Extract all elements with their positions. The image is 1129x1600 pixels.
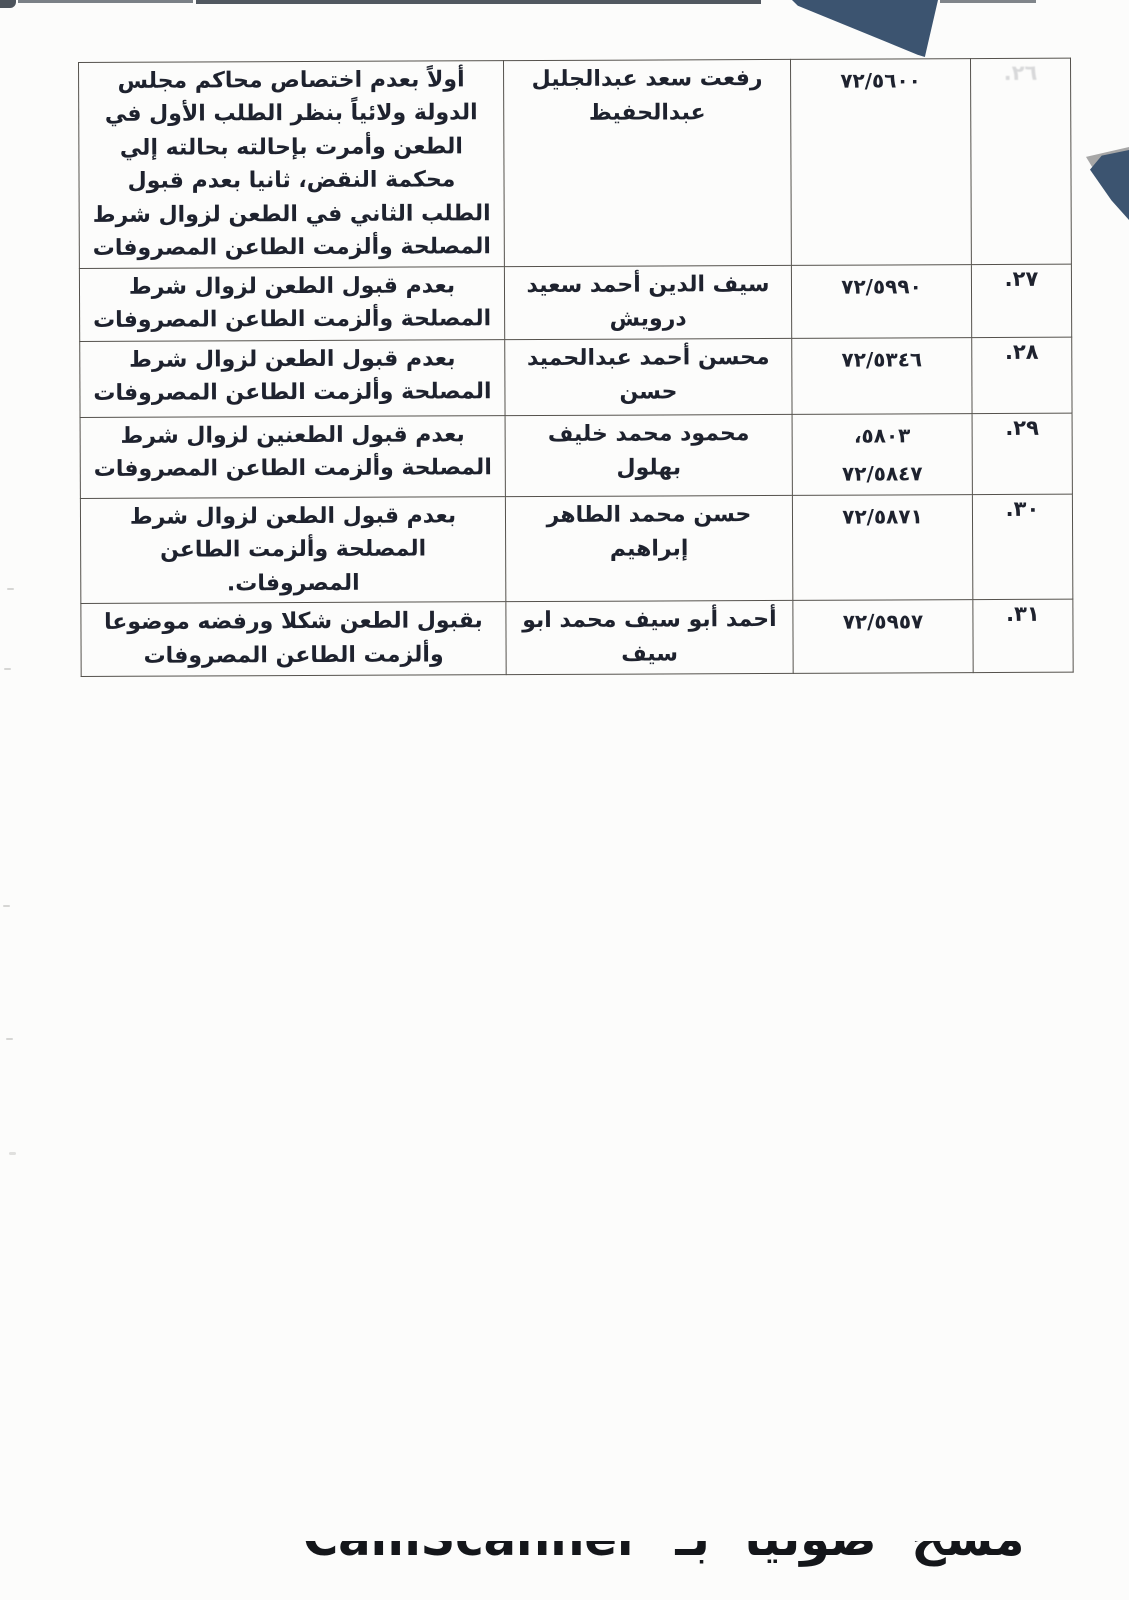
ruling-cell: بعدم قبول الطعنين لزوال شرط المصلحة وألز… bbox=[80, 415, 505, 498]
case-number: ٧٢/٥٩٥٧ bbox=[843, 609, 924, 633]
row-number: ٢٦. bbox=[1004, 61, 1038, 85]
scan-speck bbox=[3, 905, 10, 907]
table-row: ٢٩. ٥٨٠٣، ٧٢/٥٨٤٧ محمود محمد خليف بهلول … bbox=[80, 413, 1072, 498]
case-number-cell: ٧٢/٥٩٩٠ bbox=[791, 264, 971, 338]
case-number-cell: ٧٢/٥٦٠٠ bbox=[790, 59, 971, 265]
row-number: ٢٧. bbox=[1005, 266, 1039, 290]
appellant-name: محسن أحمد عبدالحميد حسن bbox=[527, 345, 770, 405]
ruling-text: بعدم قبول الطعن لزوال شرط المصلحة وألزمت… bbox=[130, 503, 456, 596]
rulings-table: ٢٦. ٧٢/٥٦٠٠ رفعت سعد عبدالجليل عبدالحفيظ… bbox=[78, 58, 1074, 678]
appellant-name: سيف الدين أحمد سعيد درويش bbox=[526, 272, 769, 332]
row-number-cell: ٣٠. bbox=[972, 494, 1072, 600]
appellant-name-cell: رفعت سعد عبدالجليل عبدالحفيظ bbox=[503, 59, 791, 266]
ruling-text: أولاً بعدم اختصاص محاكم مجلس الدولة ولائ… bbox=[93, 67, 491, 261]
scan-edge-artifact bbox=[18, 0, 193, 3]
case-number-cell: ٥٨٠٣، ٧٢/٥٨٤٧ bbox=[792, 413, 972, 495]
ruling-cell: بعدم قبول الطعن لزوال شرط المصلحة وألزمت… bbox=[80, 339, 505, 417]
ruling-text: بعدم قبول الطعنين لزوال شرط المصلحة وألز… bbox=[94, 422, 492, 482]
appellant-name: حسن محمد الطاهر إبراهيم bbox=[547, 502, 752, 562]
row-number-cell: ٣١. bbox=[973, 599, 1073, 673]
scan-edge-artifact bbox=[196, 0, 761, 4]
ruling-cell: أولاً بعدم اختصاص محاكم مجلس الدولة ولائ… bbox=[79, 61, 505, 268]
scan-speck bbox=[4, 668, 11, 670]
camscanner-watermark-text: مسح ضوئيا بـ CamScanner bbox=[303, 1541, 1108, 1563]
row-number: ٣٠. bbox=[1006, 497, 1040, 521]
scanned-page: { "table": { "rows": [ { "no": "٢٦.", "c… bbox=[0, 0, 1129, 1600]
ruling-text: بعدم قبول الطعن لزوال شرط المصلحة وألزمت… bbox=[93, 273, 491, 333]
case-number: ٥٨٠٣، ٧٢/٥٨٤٧ bbox=[842, 423, 923, 485]
table-row: ٢٨. ٧٢/٥٣٤٦ محسن أحمد عبدالحميد حسن بعدم… bbox=[80, 337, 1072, 417]
case-number-cell: ٧٢/٥٨٧١ bbox=[792, 494, 972, 600]
row-number: ٢٨. bbox=[1005, 340, 1039, 364]
case-number: ٧٢/٥٦٠٠ bbox=[840, 68, 921, 92]
ruling-text: بقبول الطعن شكلا ورفضه موضوعا وألزمت الط… bbox=[104, 608, 483, 668]
row-number-cell: ٢٨. bbox=[972, 337, 1072, 413]
appellant-name: محمود محمد خليف بهلول bbox=[548, 421, 750, 481]
row-number-cell: ٢٦. bbox=[970, 58, 1071, 264]
appellant-name-cell: محسن أحمد عبدالحميد حسن bbox=[505, 338, 792, 415]
case-number: ٧٢/٥٩٩٠ bbox=[841, 274, 922, 298]
ruling-text: بعدم قبول الطعن لزوال شرط المصلحة وألزمت… bbox=[93, 346, 491, 406]
scan-edge-artifact bbox=[0, 0, 16, 8]
scan-edge-artifact bbox=[940, 0, 1036, 3]
table-row: ٢٧. ٧٢/٥٩٩٠ سيف الدين أحمد سعيد درويش بع… bbox=[79, 264, 1071, 342]
ruling-cell: بقبول الطعن شكلا ورفضه موضوعا وألزمت الط… bbox=[81, 602, 506, 677]
row-number: ٢٩. bbox=[1005, 416, 1039, 440]
case-number: ٧٢/٥٣٤٦ bbox=[841, 347, 922, 371]
case-number-cell: ٧٢/٥٣٤٦ bbox=[792, 337, 972, 414]
scan-speck bbox=[9, 1152, 16, 1155]
row-number: ٣١. bbox=[1006, 602, 1040, 626]
appellant-name-cell: حسن محمد الطاهر إبراهيم bbox=[505, 495, 792, 602]
appellant-name-cell: محمود محمد خليف بهلول bbox=[505, 414, 792, 496]
appellant-name-cell: أحمد أبو سيف محمد ابو سيف bbox=[506, 601, 793, 675]
table-row: ٣١. ٧٢/٥٩٥٧ أحمد أبو سيف محمد ابو سيف بق… bbox=[81, 599, 1073, 677]
camscanner-watermark: مسح ضوئيا بـ CamScanner bbox=[303, 1541, 1108, 1568]
case-number-cell: ٧٢/٥٩٥٧ bbox=[793, 600, 973, 674]
page-corner-fold-top bbox=[792, 0, 938, 57]
scan-speck bbox=[6, 1038, 13, 1040]
row-number-cell: ٢٧. bbox=[971, 264, 1071, 338]
ruling-cell: بعدم قبول الطعن لزوال شرط المصلحة وألزمت… bbox=[80, 496, 505, 603]
table-row: ٣٠. ٧٢/٥٨٧١ حسن محمد الطاهر إبراهيم بعدم… bbox=[80, 494, 1072, 604]
appellant-name-cell: سيف الدين أحمد سعيد درويش bbox=[504, 265, 791, 339]
scan-speck bbox=[7, 588, 14, 590]
row-number-cell: ٢٩. bbox=[972, 413, 1072, 494]
appellant-name: رفعت سعد عبدالجليل عبدالحفيظ bbox=[532, 66, 763, 126]
table-row: ٢٦. ٧٢/٥٦٠٠ رفعت سعد عبدالجليل عبدالحفيظ… bbox=[79, 58, 1072, 268]
ruling-cell: بعدم قبول الطعن لزوال شرط المصلحة وألزمت… bbox=[79, 266, 504, 341]
case-number: ٧٢/٥٨٧١ bbox=[842, 504, 923, 528]
appellant-name: أحمد أبو سيف محمد ابو سيف bbox=[522, 607, 777, 667]
